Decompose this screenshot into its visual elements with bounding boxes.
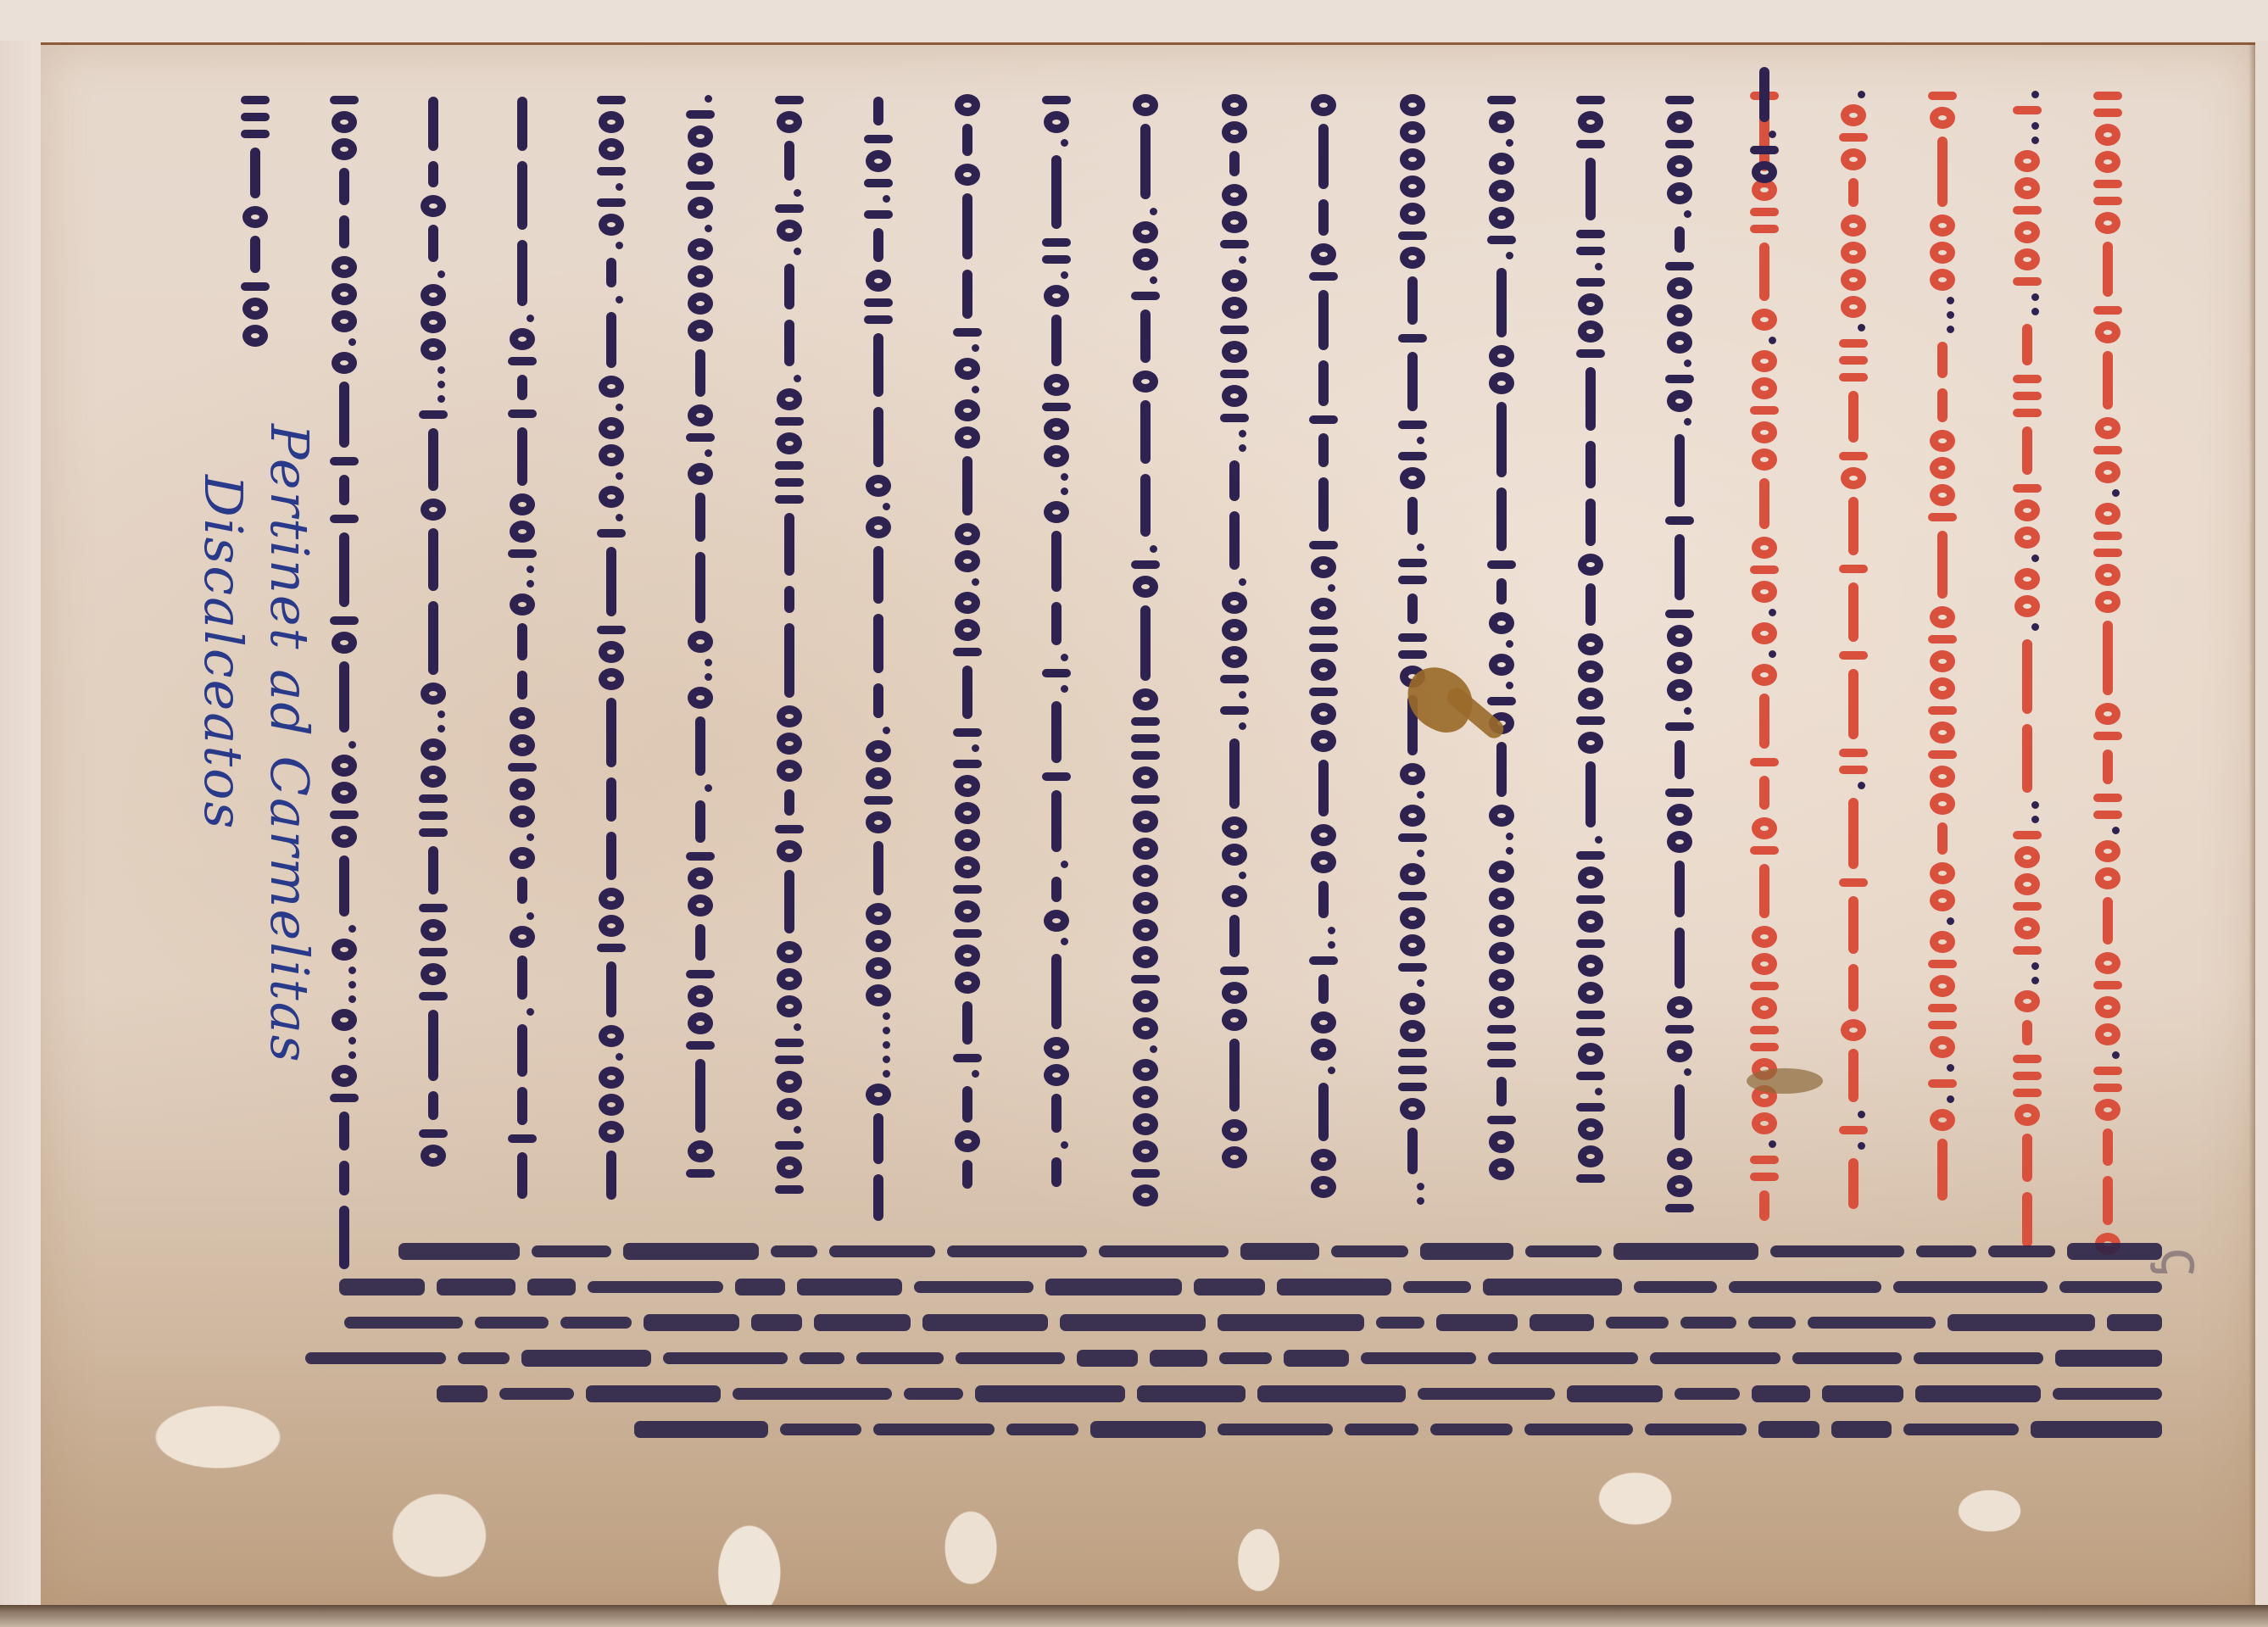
glyph xyxy=(1398,334,1427,343)
note-word xyxy=(2059,1281,2162,1293)
glyph xyxy=(421,766,446,788)
glyph xyxy=(688,293,713,315)
glyph xyxy=(1133,865,1158,887)
glyph xyxy=(1131,1169,1160,1178)
glyph xyxy=(510,847,535,869)
glyph xyxy=(421,311,446,333)
glyph xyxy=(1229,511,1240,570)
glyph xyxy=(2095,151,2120,173)
glyph xyxy=(348,995,356,1003)
glyph xyxy=(330,811,359,819)
glyph xyxy=(517,956,527,1000)
glyph xyxy=(508,357,537,365)
text-line xyxy=(237,92,273,349)
note-word xyxy=(751,1314,802,1331)
glyph xyxy=(1928,706,1957,715)
glyph xyxy=(332,826,357,848)
glyph xyxy=(1667,652,1692,674)
glyph xyxy=(955,900,980,922)
glyph xyxy=(962,666,972,719)
glyph xyxy=(775,495,804,504)
glyph xyxy=(1750,1173,1779,1181)
glyph xyxy=(1496,578,1507,605)
glyph xyxy=(1675,226,1685,253)
note-word xyxy=(1675,1388,1740,1400)
glyph xyxy=(1506,640,1513,648)
glyph xyxy=(972,744,979,752)
glyph xyxy=(1400,1020,1425,1042)
glyph xyxy=(972,1070,979,1078)
glyph xyxy=(1318,360,1329,406)
glyph xyxy=(1489,153,1514,175)
glyph xyxy=(1140,124,1151,199)
glyph xyxy=(953,728,982,737)
glyph xyxy=(775,96,804,104)
glyph xyxy=(1930,1109,1955,1131)
glyph xyxy=(1328,927,1335,934)
glyph xyxy=(1578,1118,1603,1140)
glyph xyxy=(688,867,713,889)
glyph xyxy=(1848,896,1858,954)
glyph xyxy=(599,1067,624,1089)
glyph xyxy=(955,164,980,186)
text-line xyxy=(1306,92,1341,1201)
glyph xyxy=(2014,248,2040,270)
glyph xyxy=(1400,94,1425,116)
glyph xyxy=(1311,94,1336,116)
glyph xyxy=(1150,208,1157,215)
glyph xyxy=(510,778,535,800)
glyph xyxy=(866,903,891,925)
glyph xyxy=(1858,91,1865,98)
glyph xyxy=(348,1051,356,1059)
glyph xyxy=(2014,1104,2040,1126)
note-word xyxy=(644,1314,739,1331)
glyph xyxy=(1750,406,1779,415)
glyph xyxy=(1667,625,1692,647)
glyph xyxy=(1133,946,1158,968)
glyph xyxy=(1839,373,1868,382)
note-word xyxy=(947,1245,1087,1257)
glyph xyxy=(775,1056,804,1064)
glyph xyxy=(1506,252,1513,259)
glyph xyxy=(953,1054,982,1062)
glyph xyxy=(428,846,438,894)
glyph xyxy=(705,784,712,792)
glyph xyxy=(1239,444,1246,452)
glyph xyxy=(1576,96,1605,104)
glyph xyxy=(1930,457,1955,479)
glyph xyxy=(2093,197,2122,205)
glyph xyxy=(1752,817,1777,839)
glyph xyxy=(2093,92,2122,100)
text-line xyxy=(1484,92,1519,1183)
note-word xyxy=(1525,1245,1602,1257)
glyph xyxy=(599,1094,624,1116)
glyph xyxy=(962,124,972,156)
glyph xyxy=(1684,210,1691,218)
glyph xyxy=(1576,1174,1605,1183)
glyph xyxy=(1489,612,1514,634)
glyph xyxy=(2093,532,2122,540)
glyph xyxy=(1229,738,1240,809)
glyph xyxy=(1309,272,1338,281)
glyph xyxy=(2022,724,2032,793)
glyph xyxy=(1061,861,1068,868)
glyph xyxy=(1930,975,1955,997)
note-word xyxy=(1634,1281,1717,1293)
glyph xyxy=(1506,833,1513,840)
glyph xyxy=(1400,148,1425,170)
glyph xyxy=(1133,892,1158,914)
glyph xyxy=(1675,534,1685,600)
glyph xyxy=(1051,877,1062,902)
text-line xyxy=(504,92,540,1204)
glyph xyxy=(1044,1064,1069,1086)
glyph xyxy=(1222,982,1247,1004)
glyph xyxy=(1044,111,1069,133)
note-word xyxy=(1524,1424,1633,1435)
note-word xyxy=(1331,1245,1408,1257)
glyph xyxy=(972,344,979,352)
glyph xyxy=(1133,919,1158,941)
glyph xyxy=(1311,703,1336,725)
glyph xyxy=(2013,831,2042,839)
glyph xyxy=(1400,863,1425,885)
glyph xyxy=(1848,497,1858,555)
note-word xyxy=(1831,1421,1892,1438)
glyph xyxy=(1220,706,1249,715)
glyph xyxy=(1131,751,1160,760)
note-word xyxy=(1090,1421,1206,1438)
glyph xyxy=(1858,1111,1865,1118)
glyph xyxy=(866,930,891,952)
note-word xyxy=(814,1314,911,1331)
glyph xyxy=(2013,1072,2042,1080)
ownership-note-line-2: Discalceatos xyxy=(190,424,256,1064)
glyph xyxy=(1769,131,1776,138)
glyph xyxy=(2014,917,2040,939)
note-word xyxy=(1376,1317,1424,1329)
text-line xyxy=(593,92,629,1205)
glyph xyxy=(1051,315,1062,366)
glyph xyxy=(2031,977,2039,984)
note-word xyxy=(1077,1350,1138,1367)
note-word xyxy=(663,1352,789,1364)
glyph xyxy=(1398,576,1427,584)
glyph xyxy=(953,885,982,894)
glyph xyxy=(527,566,534,573)
glyph xyxy=(1769,337,1776,344)
glyph xyxy=(1496,268,1507,337)
glyph xyxy=(2093,794,2122,802)
glyph xyxy=(2031,962,2039,970)
glyph xyxy=(597,626,626,634)
glyph xyxy=(1947,297,1954,304)
glyph xyxy=(1150,276,1157,284)
note-word xyxy=(588,1281,723,1293)
glyph xyxy=(510,926,535,948)
glyph xyxy=(510,493,535,515)
note-word xyxy=(437,1385,488,1402)
glyph xyxy=(1675,928,1685,989)
glyph xyxy=(1133,94,1158,116)
glyph xyxy=(794,375,801,382)
glyph xyxy=(1759,478,1769,529)
glyph xyxy=(1311,851,1336,873)
marginal-note-line xyxy=(398,1376,2162,1412)
glyph xyxy=(1752,449,1777,471)
glyph xyxy=(1222,885,1247,907)
glyph xyxy=(599,915,624,937)
glyph xyxy=(421,499,446,521)
pencil-folio-mark: ꞔ xyxy=(2144,1247,2226,1276)
glyph xyxy=(1222,619,1247,641)
glyph xyxy=(1858,324,1865,332)
glyph xyxy=(616,183,623,191)
glyph xyxy=(1576,1028,1605,1036)
glyph xyxy=(1222,816,1247,839)
glyph xyxy=(1061,488,1068,495)
glyph xyxy=(2013,902,2042,911)
glyph xyxy=(777,705,802,727)
glyph xyxy=(2093,109,2122,117)
glyph xyxy=(599,417,624,439)
ownership-note-line-1: Pertinet ad Carmelitas xyxy=(256,424,322,1064)
glyph xyxy=(1930,242,1955,264)
glyph xyxy=(1061,654,1068,661)
glyph xyxy=(777,1156,802,1178)
glyph xyxy=(1417,1197,1424,1205)
glyph xyxy=(1400,763,1425,785)
glyph xyxy=(2093,732,2122,740)
glyph xyxy=(1841,1019,1866,1041)
glyph xyxy=(1398,1049,1427,1057)
glyph xyxy=(1489,1131,1514,1153)
glyph xyxy=(962,1001,972,1045)
glyph xyxy=(1133,371,1158,393)
glyph xyxy=(2031,293,2039,301)
glyph xyxy=(1576,1072,1605,1080)
glyph xyxy=(695,716,705,776)
glyph xyxy=(955,592,980,614)
text-line xyxy=(1747,62,1782,186)
glyph xyxy=(1839,339,1868,348)
glyph xyxy=(510,593,535,616)
glyph xyxy=(705,659,712,666)
glyph xyxy=(437,381,445,388)
glyph xyxy=(1220,967,1249,975)
glyph xyxy=(2022,426,2032,475)
glyph xyxy=(1759,776,1769,810)
glyph xyxy=(616,404,623,411)
glyph xyxy=(1928,513,1957,521)
glyph xyxy=(1937,388,1948,422)
glyph xyxy=(775,461,804,470)
glyph xyxy=(1578,866,1603,889)
glyph xyxy=(784,623,794,698)
glyph xyxy=(1752,377,1777,399)
glyph xyxy=(1398,1083,1427,1091)
glyph xyxy=(1398,452,1427,460)
glyph xyxy=(428,1091,438,1120)
glyph xyxy=(332,352,357,374)
note-word xyxy=(1219,1352,1273,1364)
glyph xyxy=(2013,946,2042,955)
glyph xyxy=(955,523,980,545)
note-word xyxy=(1916,1245,1976,1257)
glyph xyxy=(775,478,804,487)
glyph xyxy=(1947,1064,1954,1072)
glyph xyxy=(241,282,270,291)
text-line xyxy=(326,92,362,1274)
glyph xyxy=(1051,701,1062,763)
glyph xyxy=(1311,1176,1336,1198)
glyph xyxy=(1407,497,1418,535)
glyph xyxy=(348,741,356,749)
glyph xyxy=(1665,722,1694,731)
glyph xyxy=(1318,477,1329,532)
glyph xyxy=(1585,367,1596,431)
note-word xyxy=(1488,1352,1638,1364)
glyph xyxy=(1487,1116,1516,1124)
glyph xyxy=(599,668,624,690)
glyph xyxy=(784,789,794,816)
glyph xyxy=(1133,248,1158,270)
glyph xyxy=(419,410,448,419)
glyph xyxy=(1667,804,1692,826)
note-word xyxy=(499,1388,574,1400)
glyph xyxy=(1220,675,1249,683)
glyph xyxy=(1140,605,1151,681)
glyph xyxy=(864,210,893,219)
glyph xyxy=(777,941,802,963)
glyph xyxy=(1311,1149,1336,1171)
glyph xyxy=(597,198,626,207)
glyph xyxy=(953,760,982,768)
glyph xyxy=(1496,488,1507,551)
glyph xyxy=(1769,1140,1776,1148)
glyph xyxy=(866,957,891,979)
glyph xyxy=(1576,278,1605,287)
glyph xyxy=(883,727,890,734)
glyph xyxy=(1667,996,1692,1018)
glyph xyxy=(517,1152,527,1199)
glyph xyxy=(1848,669,1858,739)
glyph xyxy=(1930,889,1955,911)
glyph xyxy=(1051,1094,1062,1133)
glyph xyxy=(1400,993,1425,1015)
glyph xyxy=(330,616,359,625)
glyph xyxy=(2095,591,2120,613)
glyph xyxy=(1400,176,1425,198)
glyph xyxy=(1496,742,1507,797)
note-word xyxy=(527,1279,576,1295)
glyph xyxy=(784,264,794,309)
glyph xyxy=(1752,953,1777,975)
glyph xyxy=(777,968,802,990)
glyph xyxy=(241,130,270,138)
glyph xyxy=(866,150,891,172)
glyph xyxy=(527,912,534,920)
glyph xyxy=(510,734,535,756)
glyph xyxy=(599,1025,624,1047)
glyph xyxy=(775,1039,804,1047)
note-word xyxy=(873,1424,995,1435)
glyph xyxy=(2112,827,2120,834)
glyph xyxy=(1578,688,1603,710)
glyph xyxy=(616,242,623,249)
glyph xyxy=(873,333,883,397)
glyph xyxy=(348,338,356,346)
glyph xyxy=(2013,1055,2042,1063)
glyph xyxy=(2095,1023,2120,1045)
glyph xyxy=(962,270,972,319)
glyph xyxy=(955,972,980,994)
glyph xyxy=(1131,795,1160,804)
glyph xyxy=(2095,212,2120,234)
glyph xyxy=(517,877,527,904)
glyph xyxy=(2013,1089,2042,1097)
marginal-note-line xyxy=(305,1340,2162,1376)
glyph xyxy=(330,1094,359,1102)
glyph xyxy=(775,204,804,213)
glyph xyxy=(2031,816,2039,823)
glyph xyxy=(873,614,883,673)
glyph xyxy=(606,547,616,616)
note-word xyxy=(305,1352,446,1364)
glyph xyxy=(873,1113,883,1164)
glyph xyxy=(1752,997,1777,1019)
glyph xyxy=(955,1130,980,1152)
glyph xyxy=(962,456,972,515)
note-word xyxy=(856,1352,944,1364)
glyph xyxy=(864,298,893,307)
text-line xyxy=(1217,92,1252,1171)
glyph xyxy=(599,111,624,133)
glyph xyxy=(599,444,624,466)
glyph xyxy=(606,258,616,287)
glyph xyxy=(2095,503,2120,525)
glyph xyxy=(1398,231,1427,240)
glyph xyxy=(1585,441,1596,488)
glyph xyxy=(686,110,715,119)
glyph xyxy=(339,215,349,248)
glyph xyxy=(339,1161,349,1195)
glyph xyxy=(1750,758,1779,766)
glyph xyxy=(241,96,270,104)
glyph xyxy=(1042,669,1071,677)
glyph xyxy=(955,358,980,380)
glyph xyxy=(873,841,883,895)
glyph xyxy=(1578,293,1603,315)
glyph xyxy=(777,760,802,782)
glyph xyxy=(419,904,448,912)
glyph xyxy=(695,493,705,542)
secondary-stain xyxy=(1747,1068,1823,1094)
rubric-line xyxy=(1836,87,1871,1214)
glyph xyxy=(1576,1103,1605,1112)
glyph xyxy=(1309,956,1338,965)
glyph xyxy=(1487,1025,1516,1034)
glyph xyxy=(421,338,446,360)
glyph xyxy=(606,777,616,822)
glyph xyxy=(1759,864,1769,918)
note-word xyxy=(1915,1385,2041,1402)
glyph xyxy=(1140,309,1151,363)
glyph xyxy=(775,825,804,833)
glyph xyxy=(1930,215,1955,237)
